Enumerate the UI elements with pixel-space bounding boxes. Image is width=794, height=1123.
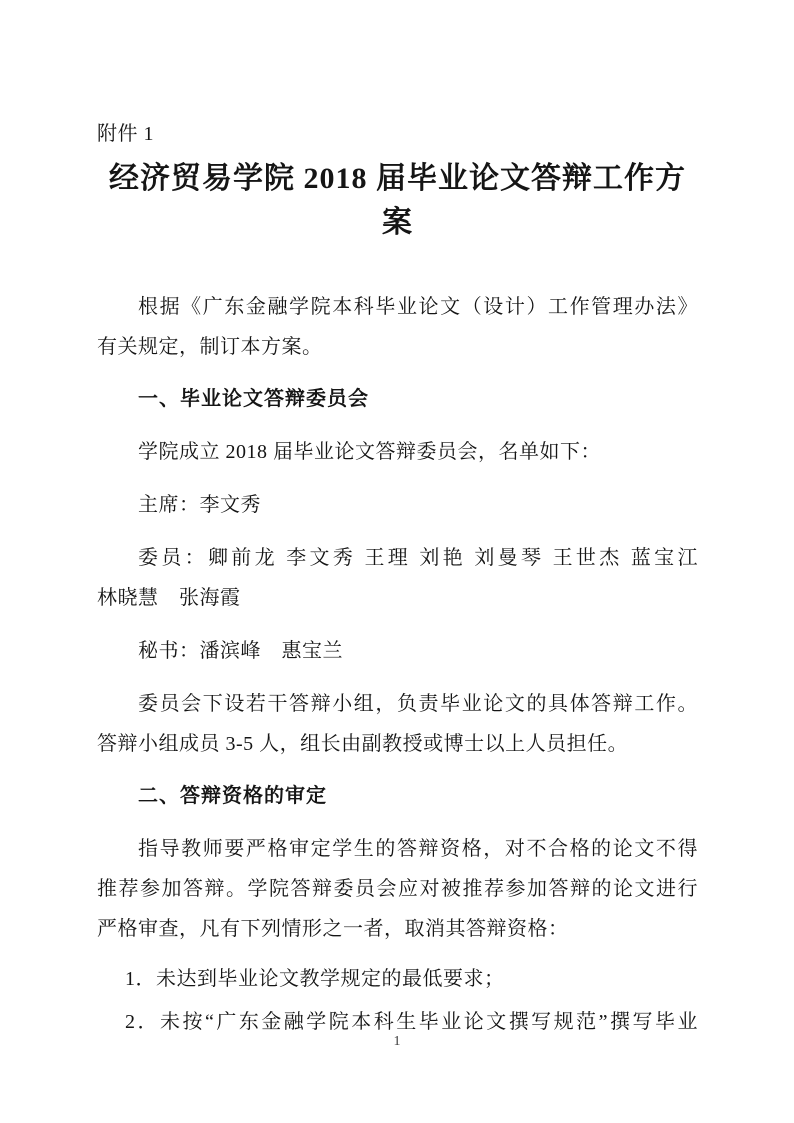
paragraph-defense-groups: 委员会下设若干答辩小组，负责毕业论文的具体答辩工作。 答辩小组成员 3-5 人，… [97,684,698,764]
paragraph-secretaries: 秘书：潘滨峰 惠宝兰 [97,631,698,671]
text-line: 委员会下设若干答辩小组，负责毕业论文的具体答辩工作。 [97,684,698,724]
text-line: 秘书：潘滨峰 惠宝兰 [97,631,698,671]
section-heading-1: 一、毕业论文答辩委员会 [97,379,698,419]
text-line: 根据《广东金融学院本科毕业论文（设计）工作管理办法》 [97,287,698,327]
text-line: 学院成立 2018 届毕业论文答辩委员会，名单如下： [97,432,698,472]
list-item-1: 1．未达到毕业论文教学规定的最低要求； [97,959,698,999]
text-line: 委员：卿前龙 李文秀 王理 刘艳 刘曼琴 王世杰 蓝宝江 [97,538,698,578]
intro-paragraph: 根据《广东金融学院本科毕业论文（设计）工作管理办法》 有关规定，制订本方案。 [97,287,698,367]
section-heading-2: 二、答辩资格的审定 [97,776,698,816]
text-line: 林晓慧 张海霞 [97,578,698,618]
text-line: 推荐参加答辩。学院答辩委员会应对被推荐参加答辩的论文进行 [97,869,698,909]
document-title: 经济贸易学院 2018 届毕业论文答辩工作方案 [97,157,698,245]
paragraph-qualification: 指导教师要严格审定学生的答辩资格，对不合格的论文不得 推荐参加答辩。学院答辩委员… [97,829,698,949]
text-line: 有关规定，制订本方案。 [97,327,698,367]
text-line: 主席：李文秀 [97,485,698,525]
text-line: 1．未达到毕业论文教学规定的最低要求； [97,959,698,999]
text-line: 严格审查，凡有下列情形之一者，取消其答辩资格： [97,909,698,949]
paragraph-chairman: 主席：李文秀 [97,485,698,525]
text-line: 答辩小组成员 3-5 人，组长由副教授或博士以上人员担任。 [97,724,698,764]
document-content: 附件 1 经济贸易学院 2018 届毕业论文答辩工作方案 根据《广东金融学院本科… [0,0,794,1042]
attachment-label: 附件 1 [97,114,698,154]
text-line: 指导教师要严格审定学生的答辩资格，对不合格的论文不得 [97,829,698,869]
document-page: 附件 1 经济贸易学院 2018 届毕业论文答辩工作方案 根据《广东金融学院本科… [0,0,794,1123]
page-number: 1 [0,1032,794,1052]
paragraph-committee-intro: 学院成立 2018 届毕业论文答辩委员会，名单如下： [97,432,698,472]
paragraph-members: 委员：卿前龙 李文秀 王理 刘艳 刘曼琴 王世杰 蓝宝江 林晓慧 张海霞 [97,538,698,618]
